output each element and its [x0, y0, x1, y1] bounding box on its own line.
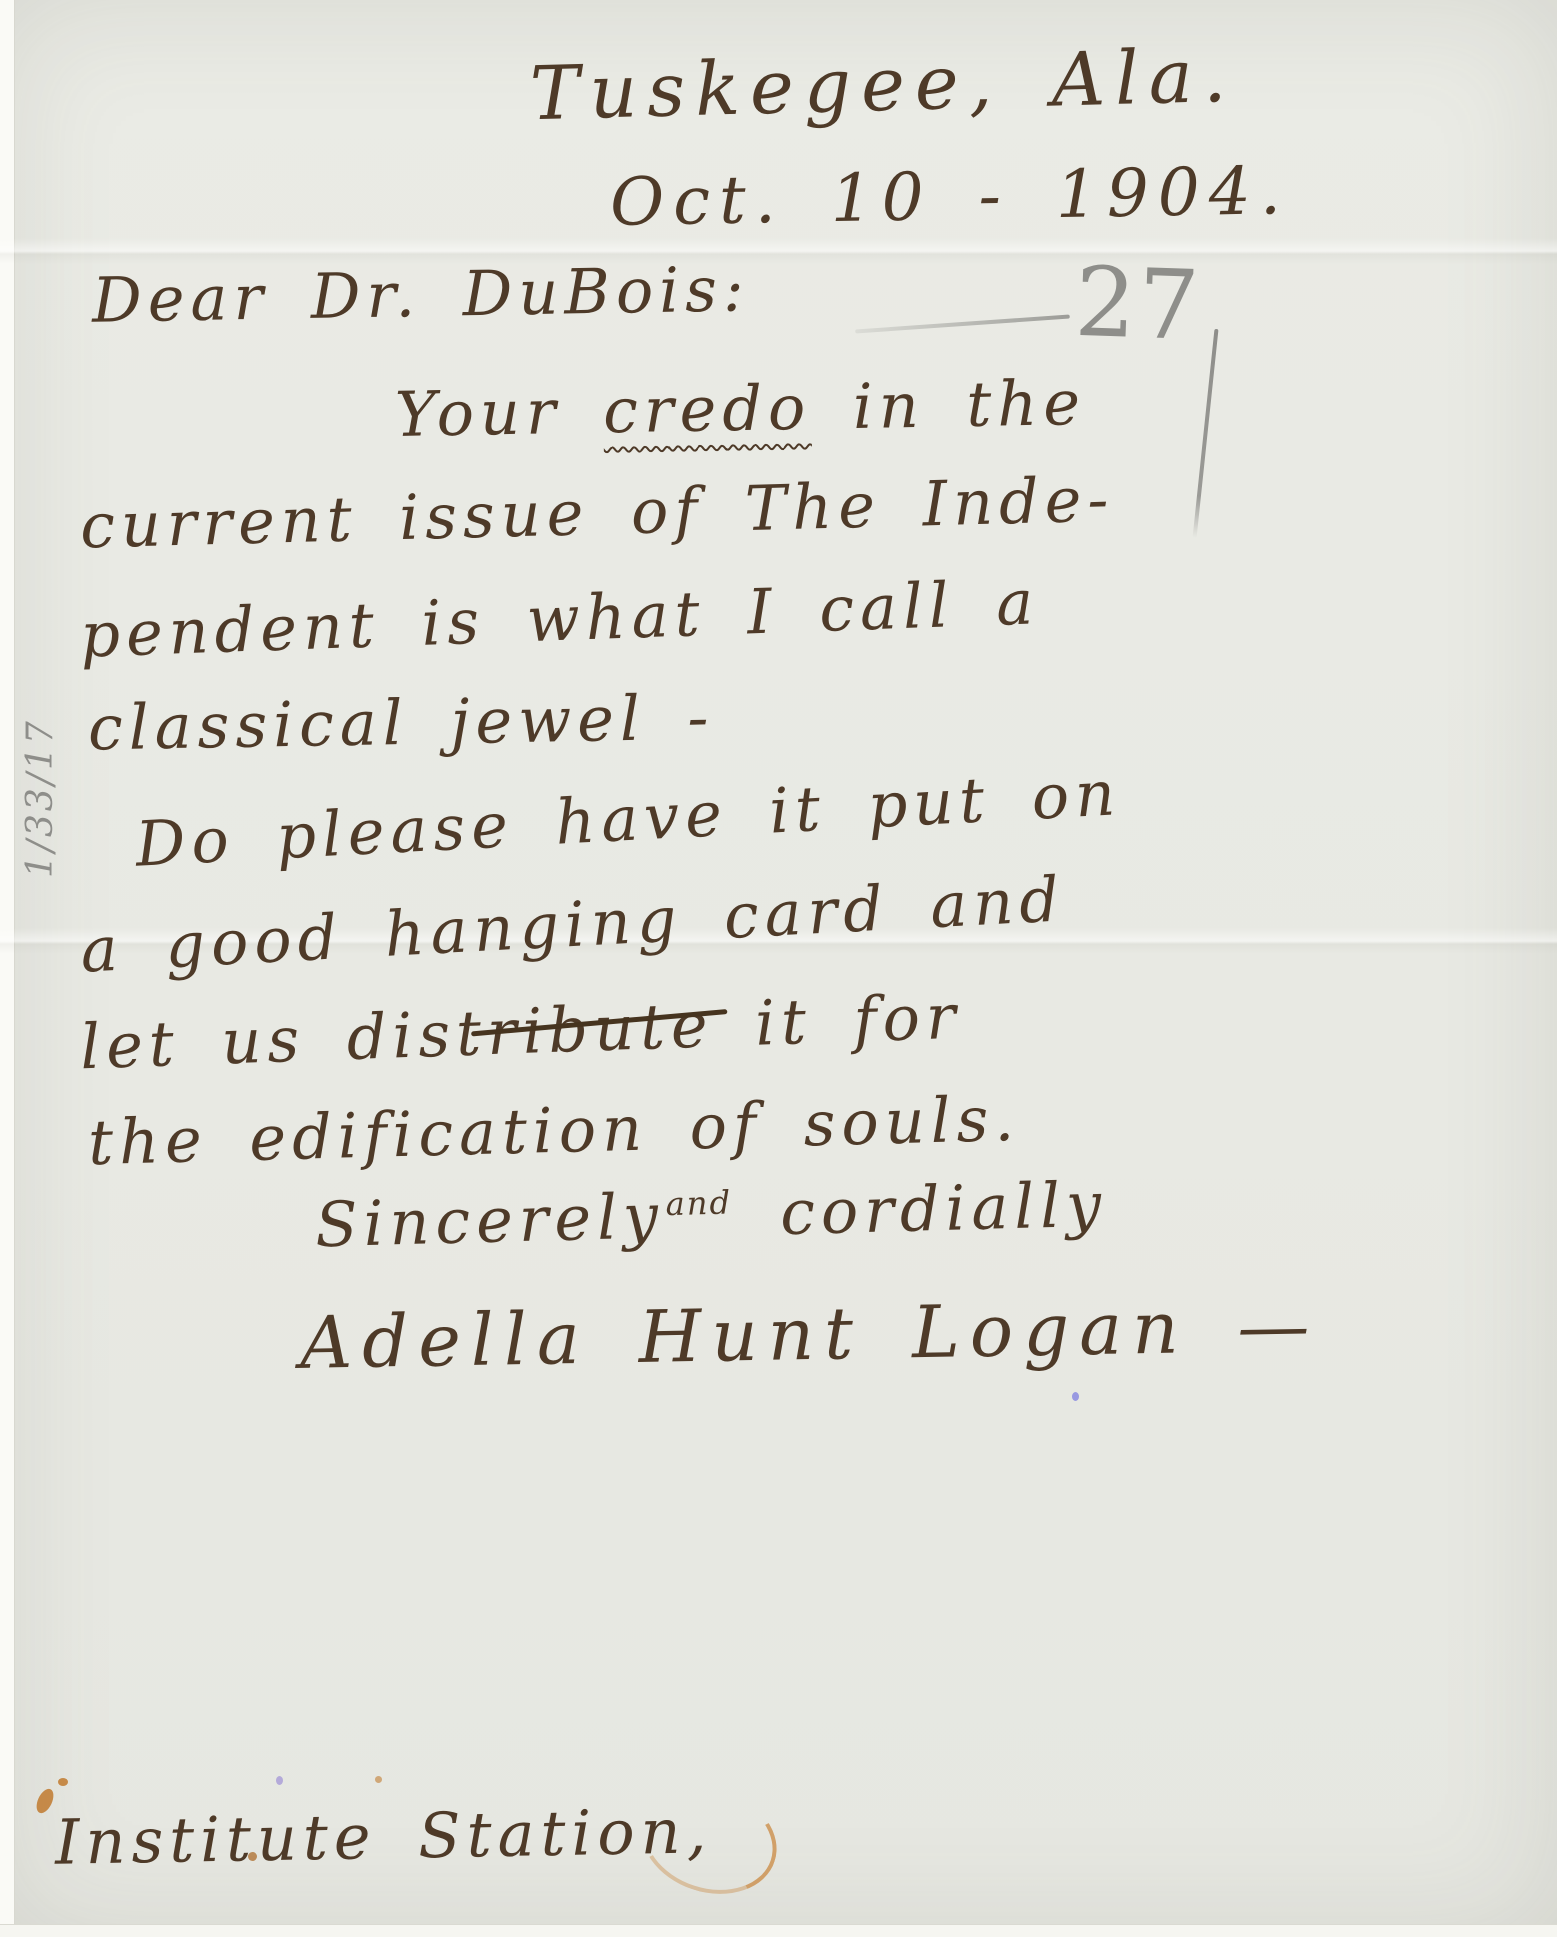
- stain-dot-3: [248, 1852, 257, 1861]
- body-line-3: pendent is what I call a: [79, 565, 1040, 671]
- ink-speck-blue-2: [276, 1776, 283, 1785]
- pencil-stroke: [855, 315, 1070, 334]
- stain-dot-1: [33, 1786, 57, 1815]
- body-line-7-pre: let us: [79, 1001, 348, 1083]
- scan-edge-left: [0, 0, 15, 1937]
- fold-crease-top: [0, 238, 1557, 264]
- signature: Adella Hunt Logan —: [299, 1283, 1320, 1385]
- body-line-5: Do please have it put on: [134, 756, 1123, 881]
- margin-note-pencil: 1/33/17: [20, 718, 61, 878]
- body-line-2: current issue of The Inde-: [79, 462, 1115, 562]
- closing-superscript-and: and: [665, 1184, 733, 1224]
- salutation: Dear Dr. DuBois:: [91, 252, 750, 336]
- footer-address: Institute Station,: [54, 1794, 712, 1878]
- struck-word-distribute: distribute: [345, 988, 714, 1074]
- closing-line: Sincerelyand cordially: [314, 1168, 1108, 1262]
- stain-arc: [627, 1769, 790, 1911]
- body-line-8: the edification of souls.: [87, 1082, 1021, 1179]
- body-line-1: Your credo in the: [394, 366, 1086, 451]
- stain-dot-2: [58, 1778, 68, 1786]
- body-line-7-post: it for: [712, 980, 962, 1062]
- ink-speck-blue-1: [1072, 1392, 1079, 1401]
- pencil-page-number: 27: [1073, 246, 1203, 362]
- closing-pre: Sincerely: [314, 1179, 665, 1261]
- body-line-1-pre: Your: [394, 374, 603, 451]
- body-line-7: let us distribute it for: [79, 980, 963, 1084]
- scan-edge-bottom: [0, 1924, 1557, 1937]
- body-line-4: classical jewel -: [87, 681, 715, 765]
- pencil-page-number-text: 27: [1073, 246, 1203, 362]
- body-line-1-post: in the: [811, 366, 1087, 444]
- dateline-place: Tuskegee, Ala.: [529, 33, 1237, 137]
- underlined-word-credo: credo: [603, 371, 812, 448]
- closing-post: cordially: [738, 1168, 1108, 1251]
- letter-page: Tuskegee, Ala. Oct. 10 - 1904. Dear Dr. …: [0, 0, 1557, 1937]
- stain-dot-4: [375, 1776, 382, 1783]
- body-line-6: a good hanging card and: [79, 862, 1067, 986]
- dateline-date: Oct. 10 - 1904.: [609, 152, 1290, 241]
